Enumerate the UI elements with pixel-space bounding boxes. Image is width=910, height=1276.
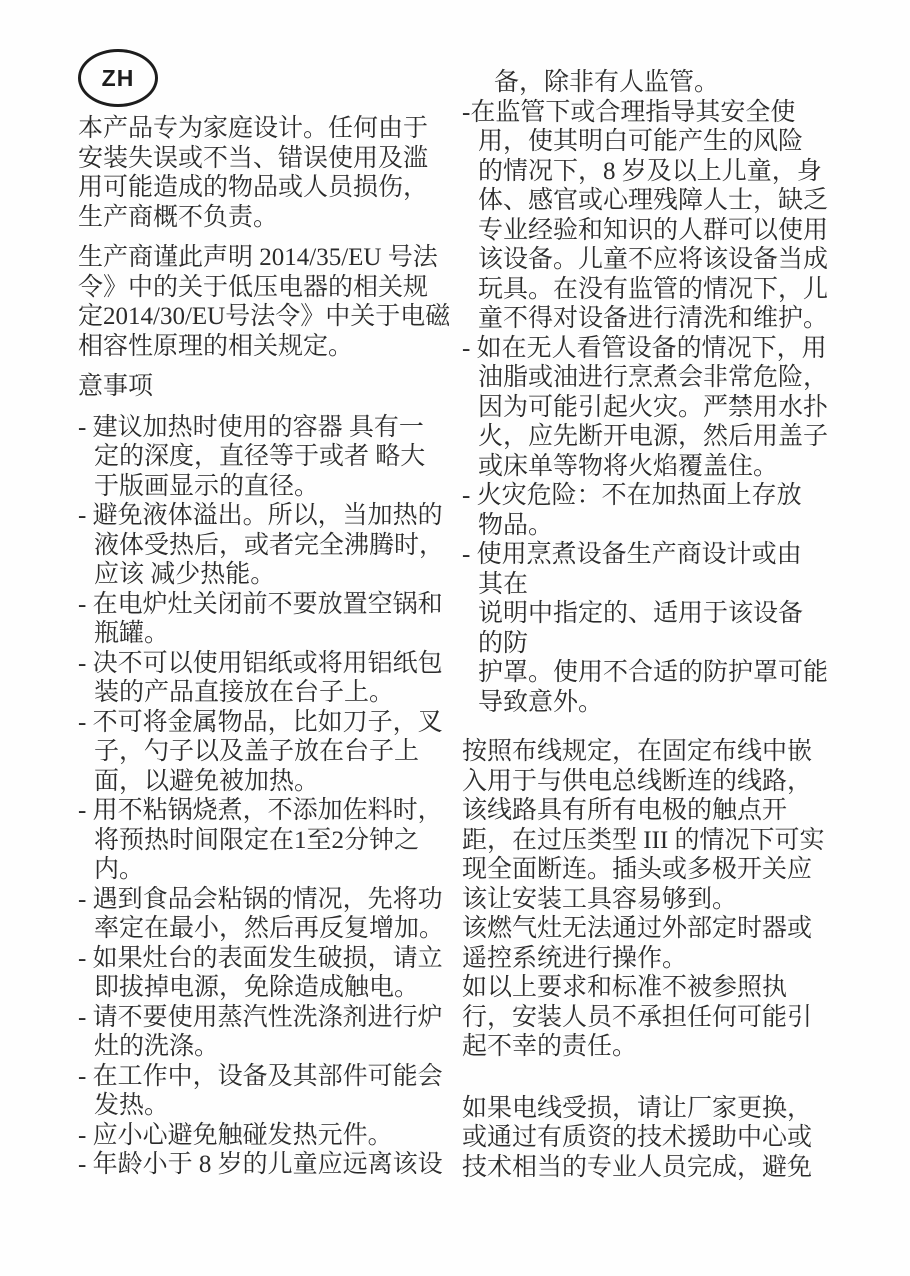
bullet-item: - 请不要使用蒸汽性洗涤剂进行炉灶的洗涤。 [78, 1003, 458, 1062]
text-line: 子，勺子以及盖子放在台子上 [78, 737, 458, 767]
text-line: 说明中指定的、适用于该设备 [462, 599, 854, 629]
text-line: 该设备。儿童不应将该设备当成 [462, 245, 854, 275]
text-line: 或床单等物将火焰覆盖住。 [462, 452, 854, 482]
paragraph: 按照布线规定，在固定布线中嵌入用于与供电总线断连的线路，该线路具有所有电极的触点… [462, 737, 854, 1062]
text-line: 于版画显示的直径。 [78, 472, 458, 502]
text-line: 的情况下，8 岁及以上儿童，身 [462, 157, 854, 187]
text-line: 的防 [462, 629, 854, 659]
text-line: 行，安装人员不承担任何可能引 [462, 1003, 854, 1033]
text-line: 令》中的关于低压电器的相关规 [78, 273, 458, 303]
text-line: 如果电线受损，请让厂家更换， [462, 1094, 854, 1124]
bullet-item: - 用不粘锅烧煮，不添加佐料时，将预热时间限定在1至2分钟之内。 [78, 796, 458, 885]
bullet-item: - 如果灶台的表面发生破损，请立即拔掉电源，免除造成触电。 [78, 944, 458, 1003]
text-line: 应该 减少热能。 [78, 560, 458, 590]
text-line: 用可能造成的物品或人员损伤， [78, 173, 458, 203]
bullet-item: -在监管下或合理指导其安全使用，使其明白可能产生的风险的情况下，8 岁及以上儿童… [462, 98, 854, 334]
text-line: 相容性原理的相关规定。 [78, 332, 458, 362]
text-line: 灶的洗涤。 [78, 1032, 458, 1062]
paragraph: 生产商谨此声明 2014/35/EU 号法令》中的关于低压电器的相关规定2014… [78, 243, 458, 361]
text-line: 定2014/30/EU号法令》中关于电磁 [78, 302, 458, 332]
text-line: 护罩。使用不合适的防护罩可能 [462, 658, 854, 688]
paragraph: 如果电线受损，请让厂家更换，或通过有质资的技术援助中心或技术相当的专业人员完成，… [462, 1094, 854, 1183]
text-line: - 火灾危险：不在加热面上存放 [462, 481, 854, 511]
text-line: 生产商概不负责。 [78, 203, 458, 233]
text-line: - 用不粘锅烧煮，不添加佐料时， [78, 796, 458, 826]
text-line: - 应小心避免触碰发热元件。 [78, 1121, 458, 1151]
text-line: 入用于与供电总线断连的线路， [462, 767, 854, 797]
text-line: 其在 [462, 570, 854, 600]
text-line: 技术相当的专业人员完成，避免 [462, 1153, 854, 1183]
language-badge-label: ZH [102, 65, 135, 92]
language-badge: ZH [78, 49, 158, 107]
text-line: 因为可能引起火灾。严禁用水扑 [462, 393, 854, 423]
text-line: 现全面断连。插头或多极开关应 [462, 855, 854, 885]
bullet-item: - 建议加热时使用的容器 具有一定的深度，直径等于或者 略大于版画显示的直径。 [78, 413, 458, 502]
text-line: 液体受热后，或者完全沸腾时， [78, 531, 458, 561]
bullet-item: - 不可将金属物品，比如刀子，叉子，勺子以及盖子放在台子上面，以避免被加热。 [78, 708, 458, 797]
text-line: 油脂或油进行烹煮会非常危险， [462, 363, 854, 393]
text-column-left: 本产品专为家庭设计。任何由于安装失误或不当、错误使用及滥用可能造成的物品或人员损… [78, 114, 458, 1180]
section-heading: 意事项 [78, 372, 458, 402]
text-line: 专业经验和知识的人群可以使用 [462, 216, 854, 246]
text-line: 面，以避免被加热。 [78, 767, 458, 797]
text-line: 或通过有质资的技术援助中心或 [462, 1123, 854, 1153]
text-line: 装的产品直接放在台子上。 [78, 678, 458, 708]
text-line: 意事项 [78, 372, 458, 402]
text-line: - 决不可以使用铝纸或将用铝纸包 [78, 649, 458, 679]
text-line: 即拔掉电源，免除造成触电。 [78, 973, 458, 1003]
text-line: 导致意外。 [462, 688, 854, 718]
text-line: 内。 [78, 855, 458, 885]
text-column-right: 备，除非有人监管。-在监管下或合理指导其安全使用，使其明白可能产生的风险的情况下… [462, 68, 854, 1182]
bullet-item: - 火灾危险：不在加热面上存放物品。 [462, 481, 854, 540]
text-line: 火，应先断开电源，然后用盖子 [462, 422, 854, 452]
text-line: 起不幸的责任。 [462, 1032, 854, 1062]
text-line: - 请不要使用蒸汽性洗涤剂进行炉 [78, 1003, 458, 1033]
text-line: 玩具。在没有监管的情况下，儿 [462, 275, 854, 305]
bullet-item: - 在电炉灶关闭前不要放置空锅和瓶罐。 [78, 590, 458, 649]
text-line: 生产商谨此声明 2014/35/EU 号法 [78, 243, 458, 273]
text-line: 发热。 [78, 1091, 458, 1121]
text-line: 该燃气灶无法通过外部定时器或 [462, 914, 854, 944]
text-line: 物品。 [462, 511, 854, 541]
text-line: - 遇到食品会粘锅的情况，先将功 [78, 885, 458, 915]
bullet-item: - 年龄小于 8 岁的儿童应远离该设 [78, 1150, 458, 1180]
bullet-item: - 遇到食品会粘锅的情况，先将功率定在最小，然后再反复增加。 [78, 885, 458, 944]
text-line: 该线路具有所有电极的触点开 [462, 796, 854, 826]
text-line: - 在工作中，设备及其部件可能会 [78, 1062, 458, 1092]
text-line: 用，使其明白可能产生的风险 [462, 127, 854, 157]
text-line: - 避免液体溢出。所以，当加热的 [78, 501, 458, 531]
text-line: 率定在最小，然后再反复增加。 [78, 914, 458, 944]
text-line: 安装失误或不当、错误使用及滥 [78, 144, 458, 174]
bullet-item: - 决不可以使用铝纸或将用铝纸包装的产品直接放在台子上。 [78, 649, 458, 708]
bullet-item: - 使用烹煮设备生产商设计或由其在说明中指定的、适用于该设备的防护罩。使用不合适… [462, 540, 854, 717]
text-line: 童不得对设备进行清洗和维护。 [462, 304, 854, 334]
text-line: - 在电炉灶关闭前不要放置空锅和 [78, 590, 458, 620]
text-line: 如以上要求和标准不被参照执 [462, 973, 854, 1003]
text-line: - 如果灶台的表面发生破损，请立 [78, 944, 458, 974]
text-line: 备，除非有人监管。 [478, 68, 854, 98]
text-line: - 年龄小于 8 岁的儿童应远离该设 [78, 1150, 458, 1180]
text-line: 瓶罐。 [78, 619, 458, 649]
text-line: 距，在过压类型 III 的情况下可实 [462, 826, 854, 856]
text-line: 将预热时间限定在1至2分钟之 [78, 826, 458, 856]
text-line: 体、感官或心理残障人士，缺乏 [462, 186, 854, 216]
text-line: 该让安装工具容易够到。 [462, 885, 854, 915]
bullet-continuation: 备，除非有人监管。 [462, 68, 854, 98]
bullet-item: - 如在无人看管设备的情况下，用油脂或油进行烹煮会非常危险，因为可能引起火灾。严… [462, 334, 854, 482]
bullet-item: - 应小心避免触碰发热元件。 [78, 1121, 458, 1151]
paragraph: 本产品专为家庭设计。任何由于安装失误或不当、错误使用及滥用可能造成的物品或人员损… [78, 114, 458, 232]
paragraph-spacer [462, 1062, 854, 1074]
text-line: 定的深度，直径等于或者 略大 [78, 442, 458, 472]
manual-page: ZH 本产品专为家庭设计。任何由于安装失误或不当、错误使用及滥用可能造成的物品或… [0, 0, 910, 1276]
text-line: 遥控系统进行操作。 [462, 944, 854, 974]
text-line: - 不可将金属物品，比如刀子，叉 [78, 708, 458, 738]
text-line: - 建议加热时使用的容器 具有一 [78, 413, 458, 443]
text-line: - 如在无人看管设备的情况下，用 [462, 334, 854, 364]
text-line: 本产品专为家庭设计。任何由于 [78, 114, 458, 144]
bullet-item: - 避免液体溢出。所以，当加热的液体受热后，或者完全沸腾时，应该 减少热能。 [78, 501, 458, 590]
text-line: -在监管下或合理指导其安全使 [462, 98, 854, 128]
text-line: - 使用烹煮设备生产商设计或由 [462, 540, 854, 570]
bullet-item: - 在工作中，设备及其部件可能会发热。 [78, 1062, 458, 1121]
text-line: 按照布线规定，在固定布线中嵌 [462, 737, 854, 767]
